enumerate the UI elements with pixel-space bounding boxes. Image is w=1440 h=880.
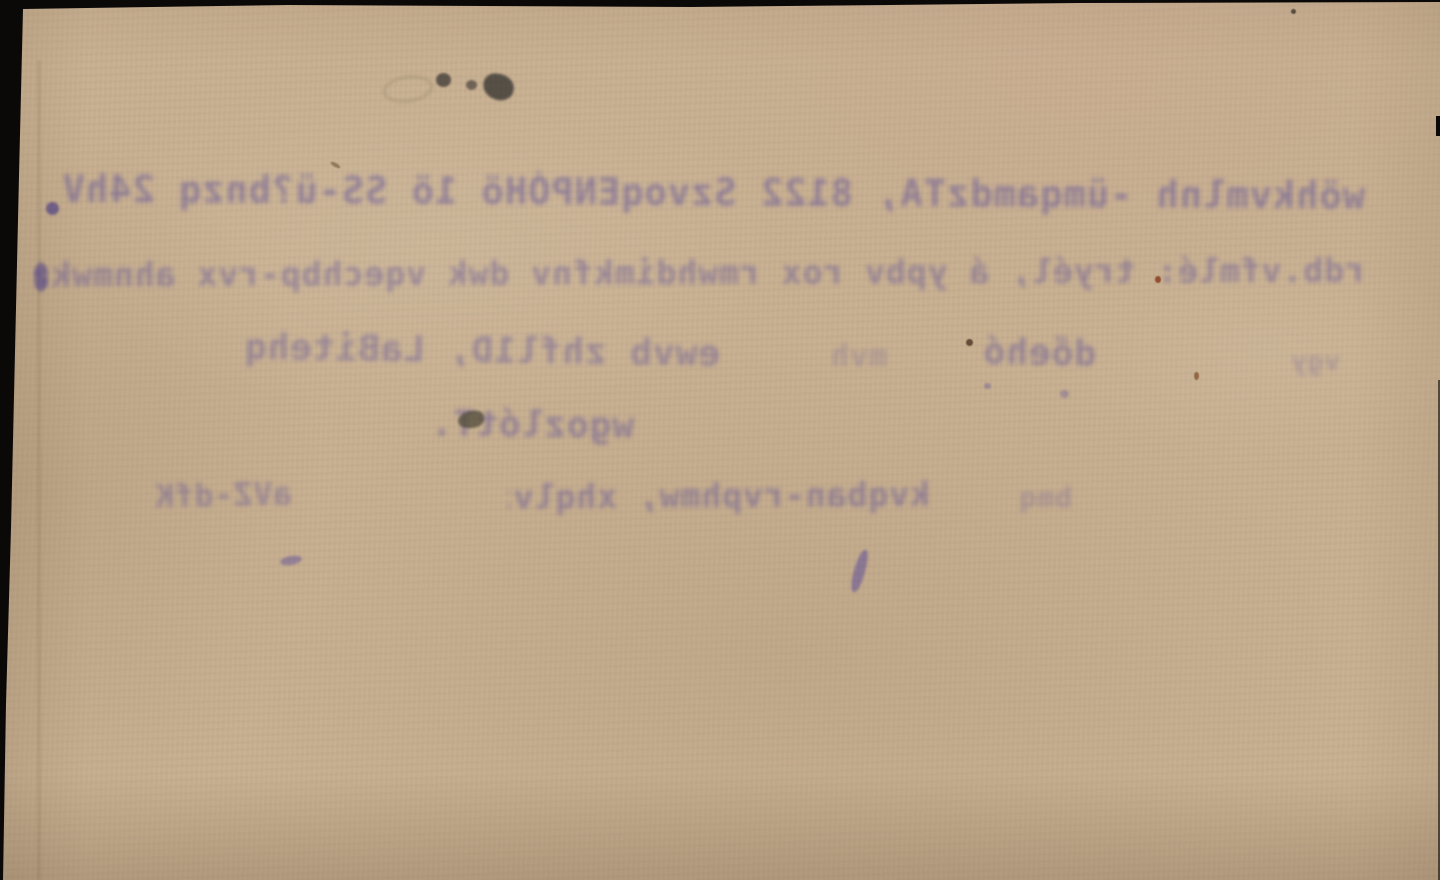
ink-dot-dark-violet	[46, 202, 59, 215]
ink-dot-dark-violet	[34, 262, 48, 292]
ink-bleed-line-3c: dőehó	[928, 331, 1097, 376]
olive-blot	[457, 410, 485, 430]
ink-bleed-line-3d: vgy	[1268, 348, 1340, 378]
ink-bleed-line-4: wgozlótT.	[352, 403, 634, 450]
fleck	[1291, 9, 1296, 14]
ink-bleed-line-3: ewvb zhfl1D, LaBitehq	[228, 327, 721, 378]
violet-dot	[984, 383, 991, 389]
ink-bleed-line-5c: bmq	[996, 482, 1072, 514]
scanned-card-verso: wöhkvmlnh -ümqamdzTA, 8122 SzvoqENPÓHö 1…	[0, 0, 1440, 880]
ink-blot	[436, 73, 451, 87]
violet-dash	[279, 554, 302, 567]
red-fleck	[1155, 276, 1161, 283]
ink-bleed-line-5b: kvqban-rvphmw, xhqlvz	[508, 476, 930, 521]
violet-dot	[1060, 390, 1069, 398]
fibre	[330, 161, 342, 170]
violet-squiggle	[849, 548, 870, 593]
brown-fleck	[1194, 372, 1199, 380]
smudge-ring	[381, 73, 434, 106]
ink-bleed-line-2: rdb.vfmlé: tryél, á ypbv rox rmwhdimkfnv…	[35, 252, 1365, 303]
paper-crease	[36, 60, 42, 880]
ink-bleed-line-1: wöhkvmlnh -ümqamdzTA, 8122 SzvoqENPÓHö 1…	[35, 169, 1365, 224]
scanner-bed: wöhkvmlnh -ümqamdzTA, 8122 SzvoqENPÓHö 1…	[0, 0, 1440, 880]
ink-blot	[481, 71, 517, 103]
brown-dot	[966, 339, 973, 346]
ink-bleed-line-3b: mvh	[792, 340, 887, 374]
ink-bleed-line-5a: aVZ-dfK	[116, 477, 293, 519]
ink-blot	[466, 80, 477, 90]
